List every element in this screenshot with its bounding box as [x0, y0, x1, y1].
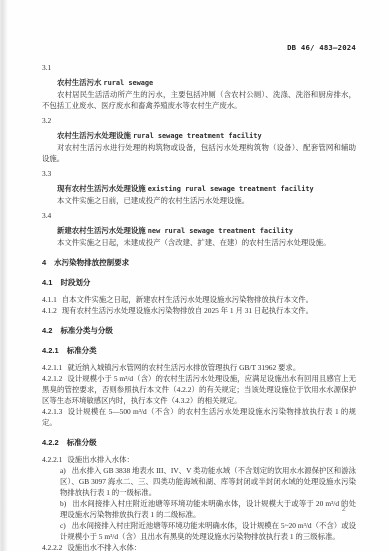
clause-number: 4.2.1.2: [42, 374, 62, 383]
term-en: rural sewage: [103, 79, 153, 87]
heading-title: 标准分类与分级: [60, 326, 113, 335]
page-content: DB 46/ 483—2024 3.1 农村生活污水 rural sewage …: [42, 42, 356, 551]
term-number: 3.1: [42, 62, 356, 73]
clause-number: 4.2.2.1: [42, 455, 62, 464]
heading-number: 4.2.1: [42, 346, 59, 355]
term-definition: 对农村生活污水进行处理的构筑物或设备，包括污水处理构筑物（设备）、配套管网和辅助…: [42, 142, 356, 164]
term-definition: 农村居民生活活动所产生的污水，主要包括冲厕（含农村公厕）、洗涤、洗浴和厨房排水，…: [42, 89, 356, 111]
term-en: rural sewage treatment facility: [133, 132, 262, 140]
heading-number: 4.1: [42, 278, 52, 287]
section-4-2-2-heading: 4.2.2标准分级: [42, 437, 356, 448]
clause-number: 4.2.1.1: [42, 363, 62, 372]
clause-text: 设计规模在 5—500 m³/d（不含）的农村生活污水处理设施水污染物排放执行表…: [42, 407, 356, 427]
heading-title: 时段划分: [60, 278, 90, 287]
page-number: 2: [342, 504, 346, 513]
term-section-3-3: 3.3 现有农村生活污水处理设施 existing rural sewage t…: [42, 168, 356, 206]
section-4-2-heading: 4.2标准分类与分级: [42, 325, 356, 336]
term-cn: 现有农村生活污水处理设施: [57, 184, 146, 193]
term-title: 农村生活污水 rural sewage: [42, 77, 356, 89]
standard-code: DB 46/ 483—2024: [287, 43, 356, 52]
term-en: new rural sewage treatment facility: [148, 227, 293, 235]
page-edge-shadow: [0, 0, 8, 551]
chapter-4-heading: 4水污染物排放控制要求: [42, 257, 356, 268]
heading-title: 标准分级: [67, 438, 97, 447]
term-title: 现有农村生活污水处理设施 existing rural sewage treat…: [42, 183, 356, 195]
heading-number: 4.2.2: [42, 438, 59, 447]
clause-text: 就近纳入城镇污水管网的农村生活污水排放管理执行 GB/T 31962 要求。: [67, 363, 300, 372]
clause-number: 4.2.2.2: [42, 543, 62, 551]
clause-text: 设施出水不排入水体：: [67, 543, 141, 551]
term-en: existing rural sewage treatment facility: [148, 185, 314, 193]
clause-4-2-2-1: 4.2.2.1设施出水排入水体：: [42, 454, 356, 465]
clause-4-2-1-2: 4.2.1.2设计规模小于 5 m³/d（含）的农村生活污水处理设施，应满足设施…: [42, 373, 356, 406]
clause-text: 设施出水排入水体：: [67, 455, 134, 464]
list-item-label: b): [60, 499, 66, 508]
heading-number: 4.2: [42, 326, 52, 335]
list-item-text: 出水间接排入村庄附近池塘等环境功能未明确水体，设计规模大于或等于 20 m³/d…: [60, 499, 356, 519]
section-4-1-heading: 4.1时段划分: [42, 277, 356, 288]
list-item-text: 出水间接排入村庄附近池塘等环境功能未明确水体，设计规模在 5~20 m³/d（不…: [60, 521, 356, 541]
term-section-3-1: 3.1 农村生活污水 rural sewage 农村居民生活活动所产生的污水，主…: [42, 62, 356, 111]
term-section-3-2: 3.2 农村生活污水处理设施 rural sewage treatment fa…: [42, 115, 356, 164]
term-definition: 本文件实施之日前，已建成投产的农村生活污水处理设施。: [42, 195, 356, 206]
term-title: 农村生活污水处理设施 rural sewage treatment facili…: [42, 130, 356, 142]
document-page: DB 46/ 483—2024 3.1 农村生活污水 rural sewage …: [0, 0, 390, 551]
term-definition: 本文件实施之日起，未建成投产（含改建、扩建、在建）的农村生活污水处理设施。: [42, 237, 356, 248]
term-number: 3.2: [42, 115, 356, 126]
clause-4-1-1: 4.1.1自本文件实施之日起，新建农村生活污水处理设施水污染物排放执行本文件。: [42, 294, 356, 305]
clause-4-2-1-1: 4.2.1.1就近纳入城镇污水管网的农村生活污水排放管理执行 GB/T 3196…: [42, 362, 356, 373]
term-number: 3.4: [42, 210, 356, 221]
term-number: 3.3: [42, 168, 356, 179]
heading-number: 4: [42, 258, 46, 267]
clause-4-2-2-2: 4.2.2.2设施出水不排入水体：: [42, 542, 356, 551]
list-item-a: a)出水排入 GB 3838 地表水 III、IV、V 类功能水域（不含划定的饮…: [60, 465, 356, 498]
term-section-3-4: 3.4 新建农村生活污水处理设施 new rural sewage treatm…: [42, 210, 356, 248]
clause-number: 4.1.1: [42, 295, 57, 304]
list-item-c: c)出水间接排入村庄附近池塘等环境功能未明确水体，设计规模在 5~20 m³/d…: [60, 520, 356, 542]
list-item-label: a): [60, 466, 66, 475]
heading-title: 水污染物排放控制要求: [54, 258, 129, 267]
clause-number: 4.2.1.3: [42, 407, 62, 416]
term-cn: 农村生活污水: [57, 78, 101, 87]
list-item-label: c): [60, 521, 66, 530]
term-title: 新建农村生活污水处理设施 new rural sewage treatment …: [42, 225, 356, 237]
heading-title: 标准分类: [67, 346, 97, 355]
clause-text: 自本文件实施之日起，新建农村生活污水处理设施水污染物排放执行本文件。: [62, 295, 313, 304]
term-cn: 农村生活污水处理设施: [57, 131, 131, 140]
clause-text: 设计规模小于 5 m³/d（含）的农村生活污水处理设施，应满足设施出水有回用且感…: [42, 374, 356, 405]
list-item-text: 出水排入 GB 3838 地表水 III、IV、V 类功能水域（不含划定的饮用水…: [60, 466, 356, 497]
term-cn: 新建农村生活污水处理设施: [57, 226, 146, 235]
section-4-2-1-heading: 4.2.1标准分类: [42, 345, 356, 356]
clause-4-1-2: 4.1.2现有农村生活污水处理设施水污染物排放自 2025 年 1 月 31 日…: [42, 305, 356, 316]
clause-text: 现有农村生活污水处理设施水污染物排放自 2025 年 1 月 31 日起执行本文…: [62, 306, 313, 315]
clause-number: 4.1.2: [42, 306, 57, 315]
clause-4-2-1-3: 4.2.1.3设计规模在 5—500 m³/d（不含）的农村生活污水处理设施水污…: [42, 406, 356, 428]
list-item-b: b)出水间接排入村庄附近池塘等环境功能未明确水体，设计规模大于或等于 20 m³…: [60, 498, 356, 520]
page-header: DB 46/ 483—2024: [42, 42, 356, 53]
